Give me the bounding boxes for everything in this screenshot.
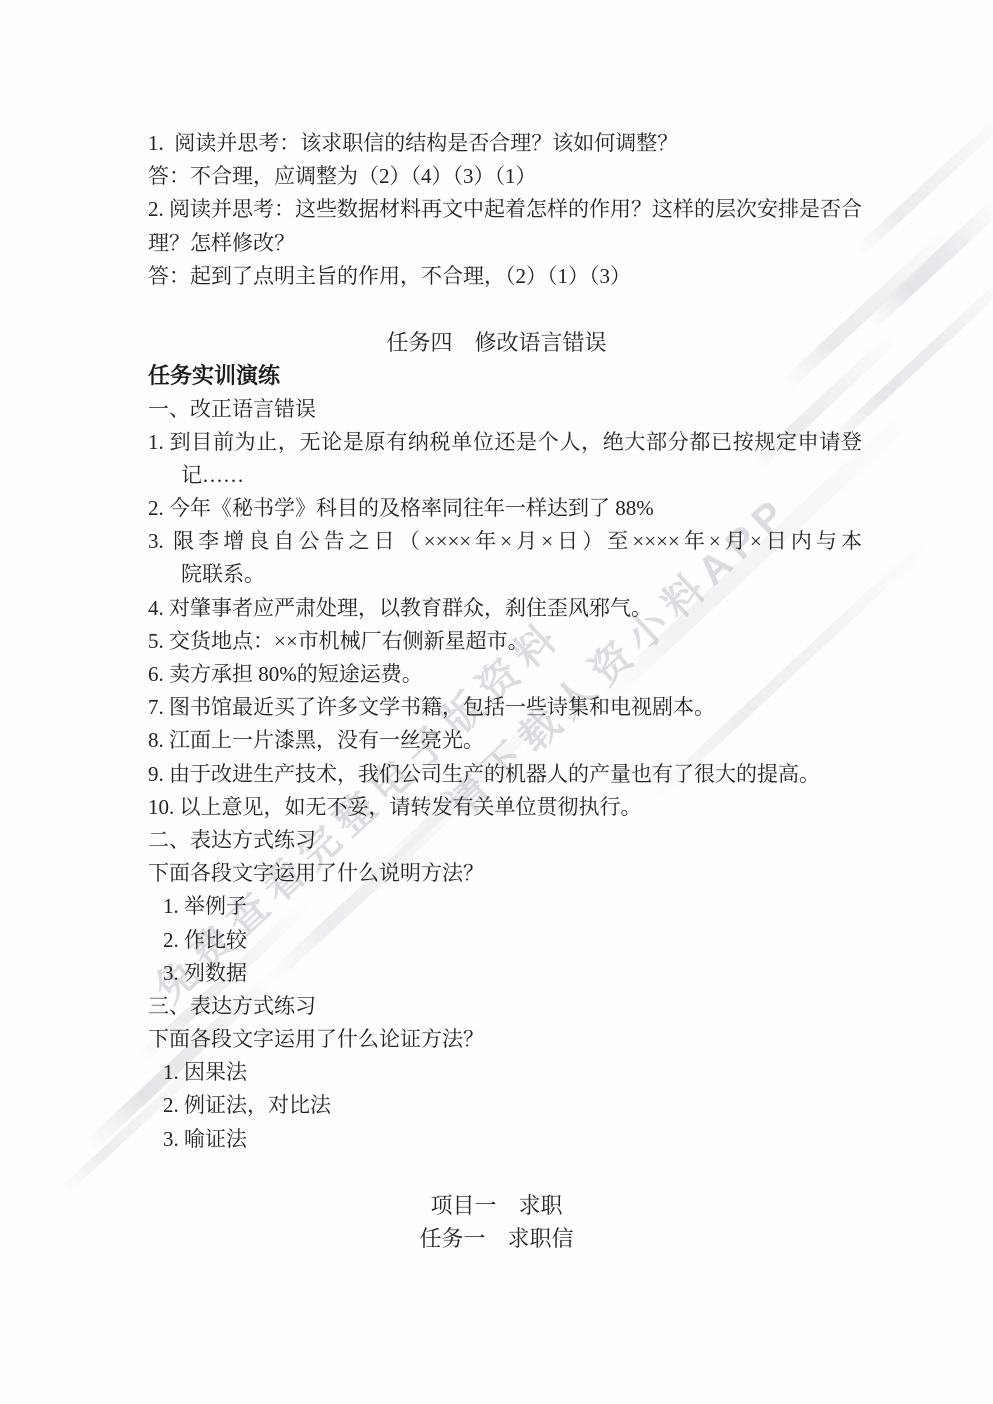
section-one-title: 一、改正语言错误 [0, 393, 993, 426]
document-page: 免费查看完整电子版资料 请下载人资小料APP 1. 阅读并思考：该求职信的结构是… [0, 0, 993, 1404]
document-text-layer: 1. 阅读并思考：该求职信的结构是否合理？该如何调整？答：不合理，应调整为（2）… [0, 0, 993, 1404]
q1-question: 1. 阅读并思考：该求职信的结构是否合理？该如何调整？ [0, 127, 993, 160]
section-three-title: 三、表达方式练习 [0, 990, 993, 1023]
correction-3-line2: 院联系。 [0, 558, 993, 591]
correction-5: 5. 交货地点：××市机械厂右侧新星超市。 [0, 625, 993, 658]
q2-question-line1: 2. 阅读并思考：这些数据材料再文中起着怎样的作用？这样的层次安排是否合 [0, 193, 862, 226]
correction-1-line2: 记…… [0, 459, 993, 492]
method-1: 1. 举例子 [0, 890, 993, 923]
spacer [0, 293, 993, 326]
section-two-title: 二、表达方式练习 [0, 824, 993, 857]
q2-answer: 答：起到了点明主旨的作用，不合理，（2）（1）（3） [0, 260, 993, 293]
heading-project-one: 项目一 求职 [0, 1189, 993, 1222]
correction-1-line1: 1. 到目前为止，无论是原有纳税单位还是个人，绝大部分都已按规定申请登 [0, 426, 862, 459]
heading-task-four: 任务四 修改语言错误 [0, 326, 993, 359]
correction-6: 6. 卖方承担 80%的短途运费。 [0, 658, 993, 691]
correction-8: 8. 江面上一片漆黑，没有一丝亮光。 [0, 724, 993, 757]
argument-1: 1. 因果法 [0, 1056, 993, 1089]
heading-task-one: 任务一 求职信 [0, 1222, 993, 1255]
correction-2: 2. 今年《秘书学》科目的及格率同往年一样达到了 88% [0, 492, 993, 525]
q1-answer: 答：不合理，应调整为（2）（4）（3）（1） [0, 160, 993, 193]
correction-10: 10. 以上意见，如无不妥，请转发有关单位贯彻执行。 [0, 791, 993, 824]
method-2: 2. 作比较 [0, 924, 993, 957]
argument-3: 3. 喻证法 [0, 1123, 993, 1156]
section-two-question: 下面各段文字运用了什么说明方法？ [0, 857, 993, 890]
argument-2: 2. 例证法，对比法 [0, 1089, 993, 1122]
correction-3-line1: 3. 限李增良自公告之日（××××年×月×日）至××××年×月×日内与本 [0, 525, 862, 558]
spacer [0, 1156, 993, 1189]
section-three-question: 下面各段文字运用了什么论证方法？ [0, 1023, 993, 1056]
q2-question-line2: 理？怎样修改？ [0, 227, 993, 260]
correction-7: 7. 图书馆最近买了许多文学书籍，包括一些诗集和电视剧本。 [0, 691, 993, 724]
correction-9: 9. 由于改进生产技术，我们公司生产的机器人的产量也有了很大的提高。 [0, 758, 993, 791]
method-3: 3. 列数据 [0, 957, 993, 990]
heading-practice: 任务实训演练 [0, 359, 993, 392]
correction-4: 4. 对肇事者应严肃处理，以教育群众，刹住歪风邪气。 [0, 592, 993, 625]
